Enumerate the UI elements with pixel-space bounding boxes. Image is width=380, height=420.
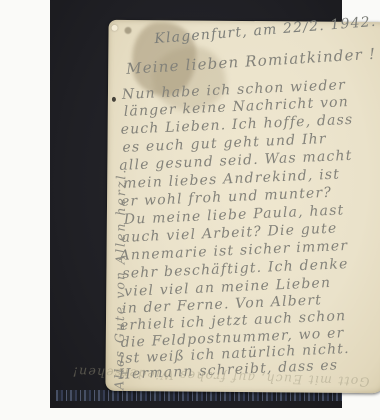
- dark-photo-backdrop: Klagenfurt, am 22/2. 1942. Meine lieben …: [50, 0, 342, 408]
- left-margin-note: Alles Gute von Allen herzl.: [113, 168, 127, 390]
- handwritten-postcard: Klagenfurt, am 22/2. 1942. Meine lieben …: [105, 20, 380, 393]
- paper-spot-gray: [125, 27, 132, 34]
- edge-ink-speck: [112, 97, 116, 102]
- paper-spot-light: [112, 25, 118, 31]
- photo-of-postcard: Klagenfurt, am 22/2. 1942. Meine lieben …: [0, 0, 380, 420]
- date-line: Klagenfurt, am 22/2. 1942.: [154, 15, 377, 46]
